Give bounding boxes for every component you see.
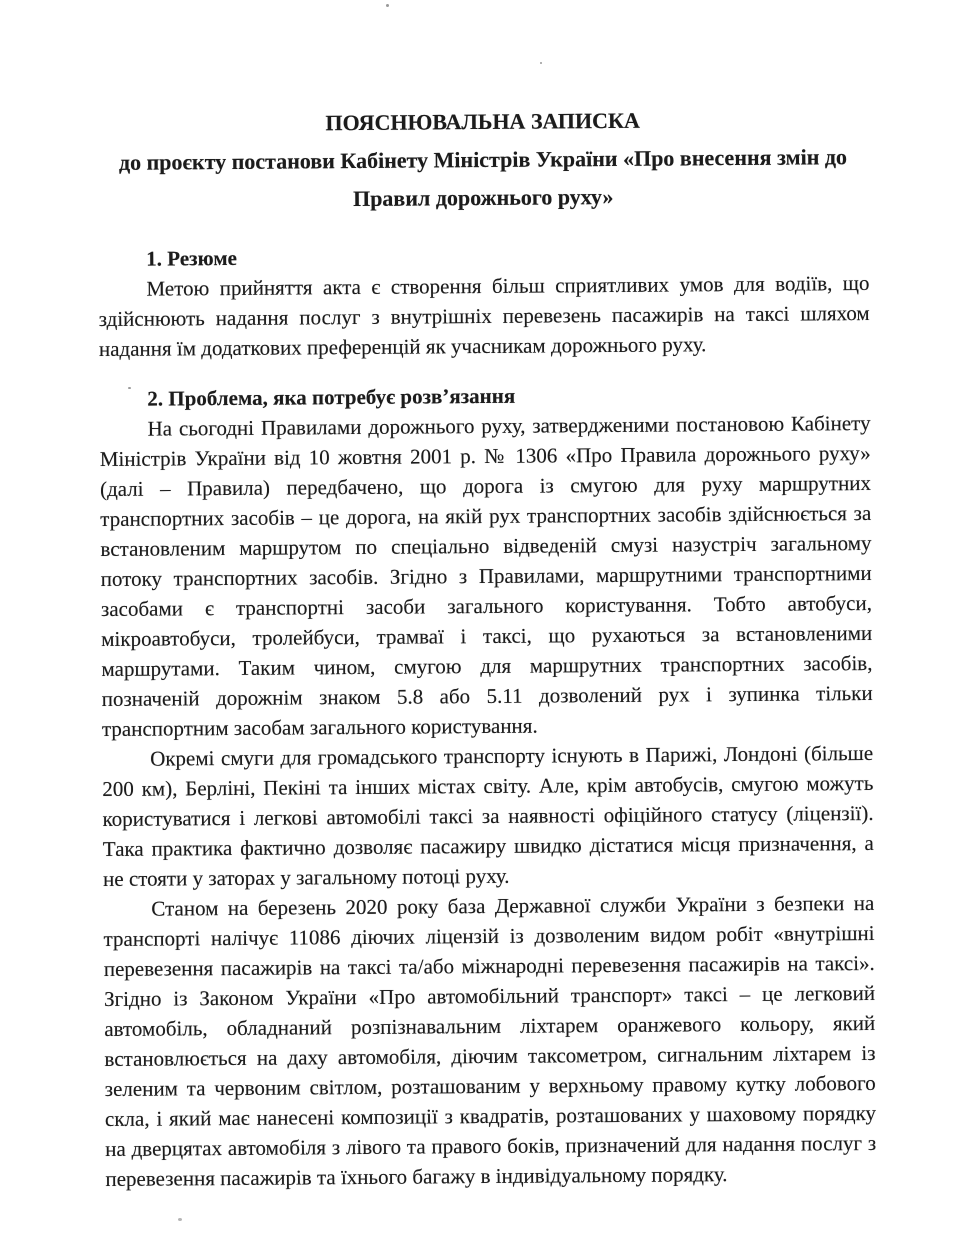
section-1-paragraph-1: Метою прийняття акта є створення більш с… — [98, 268, 870, 364]
document-content: ПОЯСНЮВАЛЬНА ЗАПИСКА до проєкту постанов… — [97, 100, 877, 1194]
scan-speck — [540, 62, 542, 64]
section-2-paragraph-1: На сьогодні Правилами дорожнього руху, з… — [99, 408, 873, 744]
title-line-subtitle-1: до проєкту постанови Кабінету Міністрів … — [97, 138, 868, 182]
section-2-paragraph-2: Окремі смуги для громадського транспорту… — [102, 738, 874, 894]
title-line-subtitle-2: Правил дорожнього руху» — [98, 176, 869, 220]
title-line-main: ПОЯСНЮВАЛЬНА ЗАПИСКА — [97, 100, 868, 144]
scan-speck — [386, 4, 389, 7]
section-2-paragraph-3: Станом на березень 2020 року база Держав… — [103, 888, 876, 1194]
scanned-document-page: ПОЯСНЮВАЛЬНА ЗАПИСКА до проєкту постанов… — [0, 0, 957, 1248]
scan-speck — [128, 387, 131, 389]
document-title: ПОЯСНЮВАЛЬНА ЗАПИСКА до проєкту постанов… — [97, 100, 869, 220]
scan-speck — [178, 1218, 182, 1221]
